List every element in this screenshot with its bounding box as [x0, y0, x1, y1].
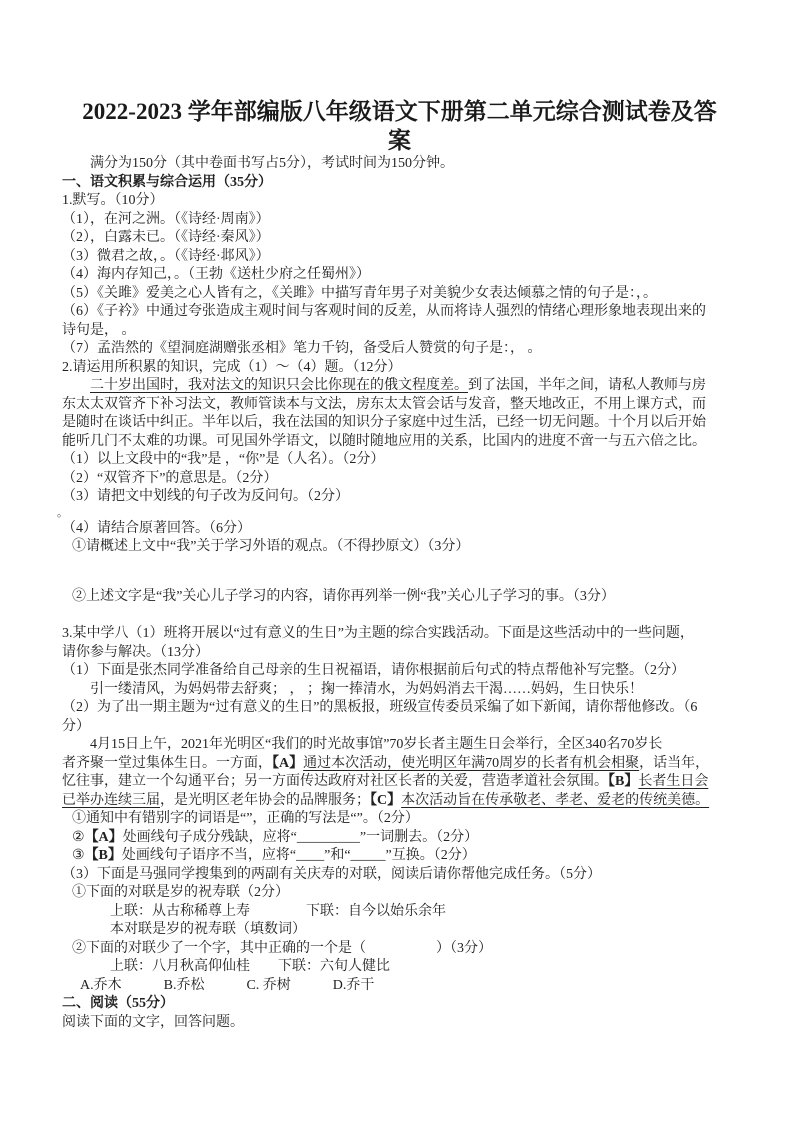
couplet-2: 上联：八月秋高仰仙桂 下联：六旬人健比	[62, 958, 737, 977]
exam-paper-page: 2022-2023 学年部编版八年级语文下册第二单元综合测试卷及答案 满分为15…	[0, 0, 793, 1122]
q1-item-2: （2），白露未已。（《诗经·秦风》）	[62, 229, 737, 248]
q3-item-2-sub2: ②【A】处画线句子成分残缺，应将“_________”一词删去。（2分）	[62, 829, 737, 848]
period-line: 。	[57, 507, 737, 520]
q3-stem-line1: 3.某中学八（1）班将开展以“过有意义的生日”为主题的综合实践活动。下面是这些活…	[62, 625, 737, 644]
q2-passage-line4: 能听几门不太难的功课。可见国外学语文，以随时随地应用的关系，比国内的进度不啻一与…	[62, 433, 737, 452]
options-line: A.乔木 B.乔松 C. 乔树 D.乔干	[62, 977, 737, 996]
q2-item-4-sub1: ①请概述上文中“我”关于学习外语的观点。（不得抄原文）（3分）	[62, 538, 737, 557]
q1-item-6-line2: 诗句是， 。	[62, 322, 737, 341]
q2-item-1: （1）以上文段中的“我”是 ，“你”是（人名）。（2分）	[62, 451, 737, 470]
news-line3: 忆往事，建立一个勾通平台；另一方面传达政府对社区长者的关爱，营造孝道社会氛围。【…	[62, 773, 737, 792]
q3-stem-line2: 请你参与解决。（13分）	[62, 644, 737, 663]
q1-item-6-line1: （6）《子衿》中通过夸张造成主观时间与客观时间的反差，从而将诗人强烈的情绪心理形…	[62, 303, 737, 322]
q3-item-2-line1: （2）为了出一期主题为“过有意义的生日”的黑板报，班级宣传委员采编了如下新闻，请…	[62, 699, 737, 718]
news-line4: 已举办连续三届，是光明区老年协会的品牌服务；【C】本次活动旨在传承敬老、孝老、爱…	[62, 792, 737, 811]
q2-item-2: （2）“双管齐下”的意思是。（2分）	[62, 470, 737, 489]
news-line1: 4月15日上午，2021年光明区“我们的时光故事馆”70岁长者主题生日会举行，全…	[62, 736, 737, 755]
q3-item-3: （3）下面是马强同学搜集到的两副有关庆寿的对联，阅读后请你帮他完成任务。（5分）	[62, 866, 737, 885]
couplet-1-note: 本对联是岁的祝寿联（填数词）	[62, 921, 737, 940]
q2-item-4-sub2: ②上述文字是“我”关心儿子学习的内容，请你再列举一例“我”关心儿子学习的事。（3…	[62, 588, 737, 607]
couplet-1: 上联：从古称稀尊上寿 下联：自今以始乐余年	[62, 903, 737, 922]
news-line2: 者齐聚一堂过集体生日。一方面，【A】通过本次活动，使光明区年满70周岁的长者有机…	[62, 755, 737, 774]
document-body: 满分为150分（其中卷面书写占5分），考试时间为150分钟。一、语文积累与综合运…	[62, 155, 737, 1032]
q2-passage-line2: 东太太双管齐下补习法文，教师管读本与文法，房东太太管会话与发音，整天地改正，不用…	[62, 396, 737, 415]
q1-item-3: （3）微君之故，。（《诗经·邶风》）	[62, 248, 737, 267]
q1-item-4: （4）海内存知己，。（王勃《送杜少府之任蜀州》）	[62, 266, 737, 285]
document-title: 2022-2023 学年部编版八年级语文下册第二单元综合测试卷及答案	[77, 97, 722, 155]
q3-item-2-sub1: ①通知中有错别字的词语是“”，正确的写法是“”。（2分）	[62, 810, 737, 829]
q3-item-3-sub1: ①下面的对联是岁的祝寿联（2分）	[62, 884, 737, 903]
q2-passage-line3: 是随时在谈话中纠正。半年以后，我在法国的知识分子家庭中过生活，已经一切无问题。十…	[62, 414, 737, 433]
section-heading-2: 二、阅读（55分）	[62, 995, 737, 1014]
q1-item-7: （7）孟浩然的《望洞庭湖赠张丞相》笔力千钧，备受后人赞赏的句子是：， 。	[62, 340, 737, 359]
q3-item-2-line2: 分）	[62, 718, 737, 737]
q2-item-4: （4）请结合原著回答。（6分）	[62, 520, 737, 539]
q1-item-5: （5）《关雎》爱美之心人皆有之，《关雎》中描写青年男子对美貌少女表达倾慕之情的句…	[62, 285, 737, 304]
exam-info: 满分为150分（其中卷面书写占5分），考试时间为150分钟。	[62, 155, 737, 174]
q1-stem: 1.默写。（10分）	[62, 192, 737, 211]
q1-item-1: （1），在河之洲。（《诗经·周南》）	[62, 211, 737, 230]
q2-stem: 2.请运用所积累的知识，完成（1）～（4）题。（12分）	[62, 359, 737, 378]
q3-item-1-sentence: 引一缕清风，为妈妈带去舒爽； ， ；掬一捧清水，为妈妈消去干渴……妈妈，生日快乐…	[62, 681, 737, 700]
q2-passage-line1: 二十岁出国时，我对法文的知识只会比你现在的俄文程度差。到了法国，半年之间，请私人…	[62, 377, 737, 396]
q3-item-1: （1）下面是张杰同学准备给自己母亲的生日祝福语，请你根据前后句式的特点帮他补写完…	[62, 662, 737, 681]
reading-intro: 阅读下面的文字，回答问题。	[62, 1014, 737, 1033]
q2-item-3: （3）请把文中划线的句子改为反问句。（2分）	[62, 488, 737, 507]
q3-item-3-sub2: ②下面的对联少了一个字，其中正确的一个是（ ）（3分）	[62, 940, 737, 959]
q3-item-2-sub3: ③【B】处画线句子语序不当，应将“____”和“_____”互换。（2分）	[62, 847, 737, 866]
section-heading-1: 一、语文积累与综合运用（35分）	[62, 174, 737, 193]
